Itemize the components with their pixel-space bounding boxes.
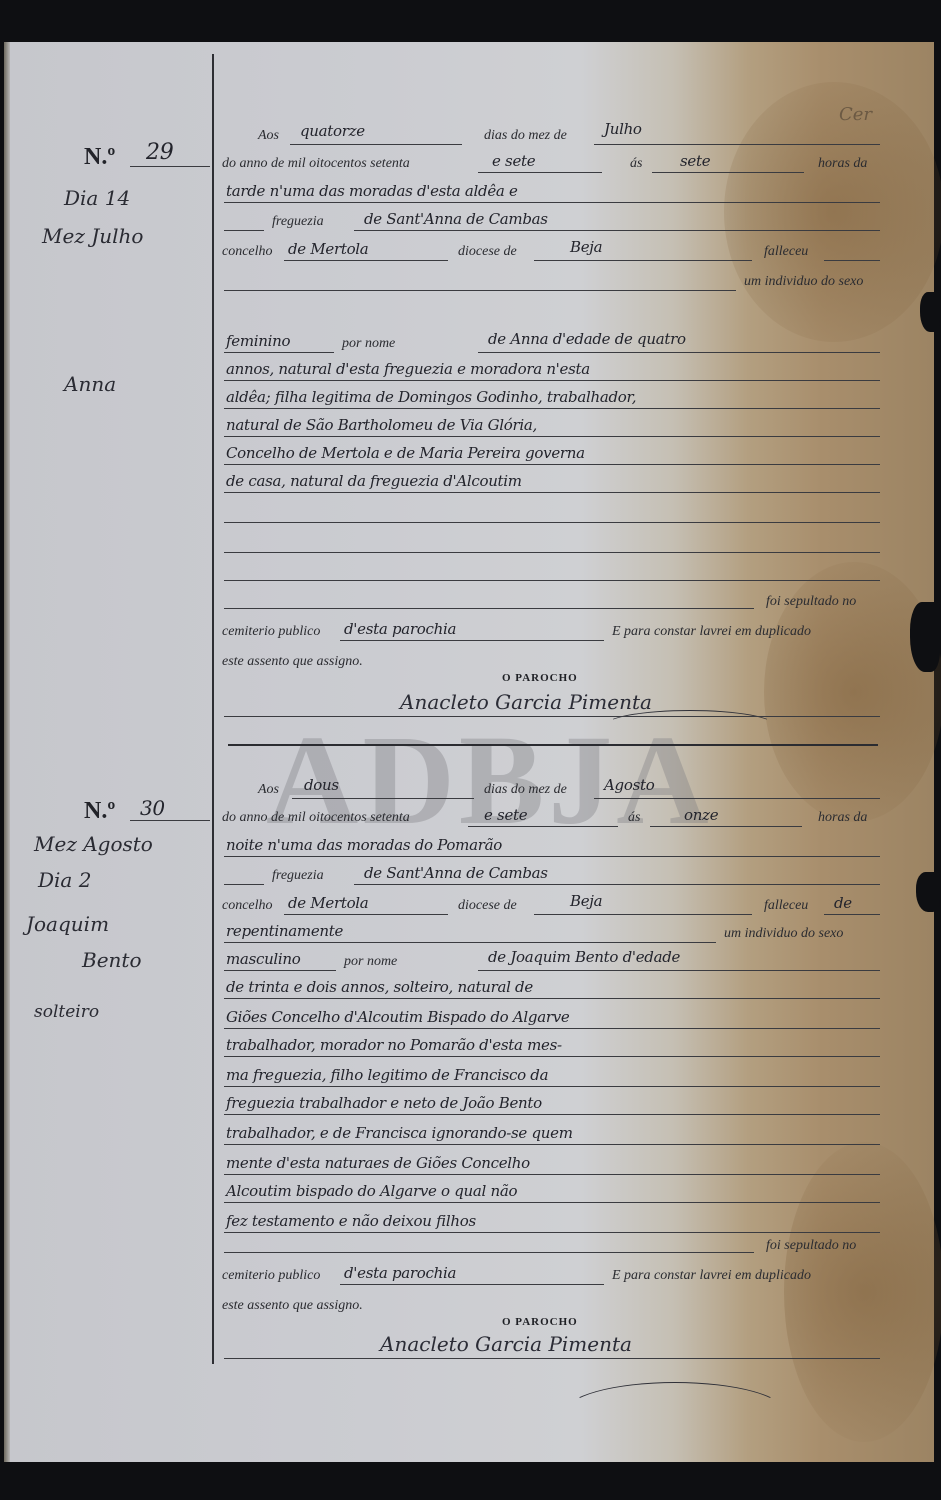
- label-individuo: um individuo do sexo: [724, 926, 843, 942]
- body-line: mente d'esta naturaes de Giões Concelho: [226, 1154, 530, 1172]
- label-sepultado: foi sepultado no: [766, 594, 856, 610]
- body-line: trabalhador, e de Francisca ignorando-se…: [226, 1124, 573, 1142]
- field-concelho: de Mertola: [288, 894, 368, 912]
- rule: [594, 144, 880, 145]
- entry-number: 29: [146, 140, 173, 165]
- field-nome: de Joaquim Bento d'edade: [488, 948, 680, 966]
- field-freguezia: de Sant'Anna de Cambas: [364, 210, 548, 228]
- label-cemiterio: cemiterio publico: [222, 1268, 320, 1284]
- field-year: e sete: [492, 152, 535, 170]
- signature-flourish: [564, 1382, 786, 1444]
- label-aos: Aos: [258, 128, 279, 144]
- field-sexo: masculino: [226, 950, 301, 968]
- body-line: fez testamento e não deixou filhos: [226, 1212, 476, 1230]
- body-line: Concelho de Mertola e de Maria Pereira g…: [226, 444, 585, 462]
- rule: [292, 798, 474, 799]
- field-diocese: Beja: [570, 238, 602, 256]
- field-concelho: de Mertola: [288, 240, 368, 258]
- rule: [224, 436, 880, 437]
- field-day: dous: [304, 776, 339, 794]
- field-cemiterio: d'esta parochia: [344, 1264, 456, 1282]
- rule: [284, 260, 448, 261]
- field-place: tarde n'uma das moradas d'esta aldêa e: [226, 182, 518, 200]
- rule: [478, 172, 602, 173]
- entry-separator: [228, 744, 878, 746]
- label-assento: este assento que assigno.: [222, 654, 363, 670]
- field-hour: sete: [680, 152, 710, 170]
- margin-month: Mez Agosto: [34, 832, 153, 856]
- rule: [224, 1144, 880, 1145]
- label-dias: dias do mez de: [484, 782, 567, 798]
- rule: [354, 884, 880, 885]
- body-line: ma freguezia, filho legitimo de Francisc…: [226, 1066, 548, 1084]
- body-line: trabalhador, morador no Pomarão d'esta m…: [226, 1036, 562, 1054]
- label-sepultado: foi sepultado no: [766, 1238, 856, 1254]
- label-diocese: diocese de: [458, 898, 517, 914]
- stain: [784, 1142, 941, 1442]
- rule: [224, 1202, 880, 1203]
- torn-edge: [910, 602, 940, 672]
- rule: [224, 408, 880, 409]
- margin-name-first: Joaquim: [26, 912, 109, 936]
- rule: [652, 172, 804, 173]
- rule: [534, 914, 752, 915]
- rule: [130, 166, 210, 167]
- rule: [224, 230, 264, 231]
- label-parocho: O PAROCHO: [502, 672, 578, 684]
- rule: [594, 798, 880, 799]
- torn-edge: [920, 292, 940, 332]
- field-year: e sete: [484, 806, 527, 824]
- rule: [224, 1114, 880, 1115]
- torn-edge: [916, 872, 940, 912]
- label-assento: este assento que assigno.: [222, 1298, 363, 1314]
- rule: [224, 1056, 880, 1057]
- rule: [224, 552, 880, 553]
- label-aos: Aos: [258, 782, 279, 798]
- rule: [824, 260, 880, 261]
- signature: Anacleto Garcia Pimenta: [400, 690, 652, 714]
- field-month: Julho: [604, 120, 642, 138]
- margin-month: Mez Julho: [42, 224, 143, 248]
- rule: [224, 716, 880, 717]
- rule: [224, 352, 334, 353]
- corner-note: Cer: [839, 104, 872, 125]
- rule: [224, 464, 880, 465]
- field-diocese: Beja: [570, 892, 602, 910]
- entry-number-label: N.º: [84, 144, 115, 171]
- rule: [478, 970, 880, 971]
- rule: [224, 942, 716, 943]
- margin-name: Anna: [64, 372, 116, 396]
- body-line: annos, natural d'esta freguezia e morado…: [226, 360, 590, 378]
- register-page: Cer ADBJA N.º 29 Dia 14 Mez Julho Anna A…: [4, 42, 934, 1462]
- rule: [224, 1358, 880, 1359]
- label-horas: horas da: [818, 810, 867, 826]
- signature-flourish: [604, 710, 776, 742]
- field-cemiterio: d'esta parochia: [344, 620, 456, 638]
- field-falleceu: de: [834, 894, 852, 912]
- rule: [224, 1028, 880, 1029]
- rule: [224, 608, 754, 609]
- rule: [224, 1252, 754, 1253]
- margin-rule: [212, 54, 214, 1364]
- field-sexo: feminino: [226, 332, 290, 350]
- label-freguezia: freguezia: [272, 868, 324, 884]
- margin-name-last: Bento: [82, 948, 142, 972]
- rule: [650, 826, 802, 827]
- label-concelho: concelho: [222, 898, 273, 914]
- rule: [468, 826, 618, 827]
- margin-status: solteiro: [34, 1002, 99, 1022]
- label-nome: por nome: [344, 954, 397, 970]
- label-diocese: diocese de: [458, 244, 517, 260]
- label-as: ás: [628, 810, 640, 826]
- rule: [824, 914, 880, 915]
- label-anno: do anno de mil oitocentos setenta: [222, 810, 410, 826]
- rule: [478, 352, 880, 353]
- rule: [224, 1232, 880, 1233]
- field-cause: repentinamente: [226, 922, 343, 940]
- label-constar: E para constar lavrei em duplicado: [612, 624, 811, 640]
- rule: [224, 1174, 880, 1175]
- rule: [224, 202, 880, 203]
- label-anno: do anno de mil oitocentos setenta: [222, 156, 410, 172]
- margin-day: Dia 2: [38, 868, 91, 892]
- field-day: quatorze: [300, 122, 365, 140]
- label-constar: E para constar lavrei em duplicado: [612, 1268, 811, 1284]
- rule: [224, 522, 880, 523]
- label-concelho: concelho: [222, 244, 273, 260]
- field-place: noite n'uma das moradas do Pomarão: [226, 836, 502, 854]
- body-line: Alcoutim bispado do Algarve o qual não: [226, 1182, 517, 1200]
- body-line: Giões Concelho d'Alcoutim Bispado do Alg…: [226, 1008, 569, 1026]
- rule: [290, 144, 462, 145]
- rule: [284, 914, 448, 915]
- label-falleceu: falleceu: [764, 898, 808, 914]
- entry-number: 30: [140, 796, 165, 820]
- body-line: de casa, natural da freguezia d'Alcoutim: [226, 472, 522, 490]
- rule: [224, 970, 336, 971]
- label-falleceu: falleceu: [764, 244, 808, 260]
- rule: [130, 820, 210, 821]
- margin-day: Dia 14: [64, 186, 130, 210]
- rule: [534, 260, 752, 261]
- body-line: freguezia trabalhador e neto de João Ben…: [226, 1094, 542, 1112]
- rule: [224, 856, 880, 857]
- rule: [354, 230, 880, 231]
- signature: Anacleto Garcia Pimenta: [380, 1332, 632, 1356]
- rule: [340, 1284, 604, 1285]
- body-line: natural de São Bartholomeu de Via Glória…: [226, 416, 537, 434]
- rule: [224, 492, 880, 493]
- rule: [224, 884, 264, 885]
- rule: [224, 998, 880, 999]
- label-cemiterio: cemiterio publico: [222, 624, 320, 640]
- body-line: aldêa; filha legitima de Domingos Godinh…: [226, 388, 636, 406]
- field-freguezia: de Sant'Anna de Cambas: [364, 864, 548, 882]
- field-month: Agosto: [604, 776, 654, 794]
- rule: [340, 640, 604, 641]
- rule: [224, 580, 880, 581]
- label-freguezia: freguezia: [272, 214, 324, 230]
- rule: [224, 380, 880, 381]
- label-dias: dias do mez de: [484, 128, 567, 144]
- field-hour: onze: [684, 806, 718, 824]
- label-horas: horas da: [818, 156, 867, 172]
- stain: [724, 82, 941, 342]
- label-individuo: um individuo do sexo: [744, 274, 863, 290]
- label-nome: por nome: [342, 336, 395, 352]
- entry-number-label: N.º: [84, 798, 115, 825]
- rule: [224, 1086, 880, 1087]
- label-as: ás: [630, 156, 642, 172]
- label-parocho: O PAROCHO: [502, 1316, 578, 1328]
- body-line: de trinta e dois annos, solteiro, natura…: [226, 978, 533, 996]
- rule: [224, 290, 736, 291]
- field-nome: de Anna d'edade de quatro: [488, 330, 686, 348]
